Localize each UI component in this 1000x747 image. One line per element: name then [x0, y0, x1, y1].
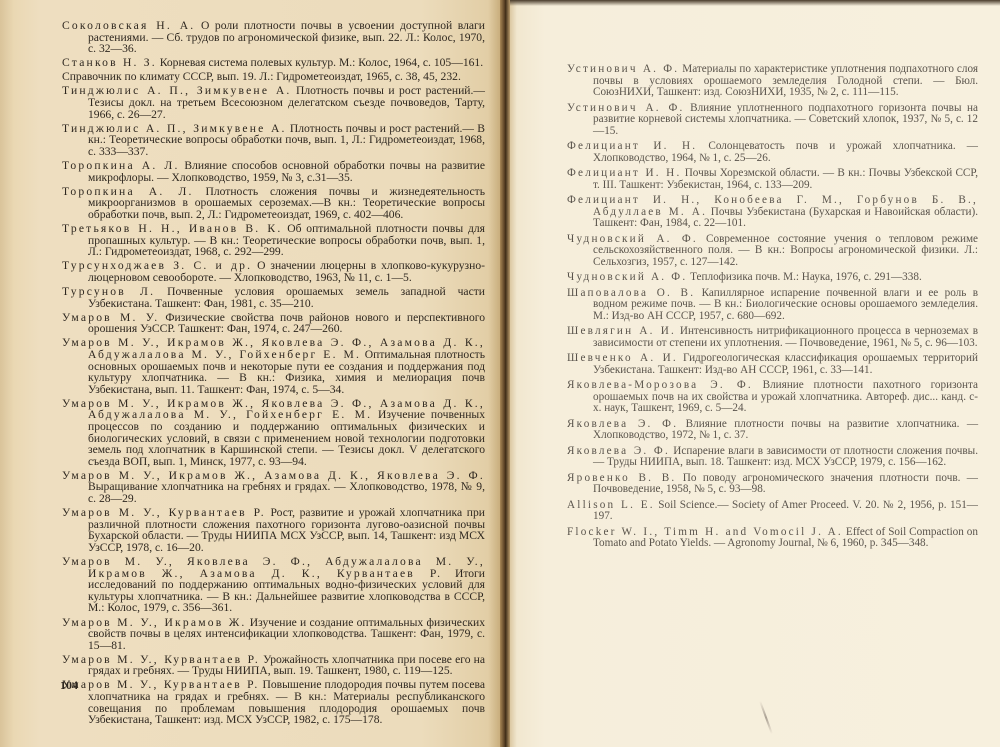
bibliography-entry: Турсунходжаев З. С. и др. О значении люц… [62, 260, 485, 283]
entry-author: Станков Н. З. [62, 56, 157, 69]
bibliography-entry: Умаров М. У. Физические свойства почв ра… [62, 312, 485, 335]
entry-text: Корневая система полевых культур. М.: Ко… [157, 56, 483, 69]
bibliography-entry: Фелициант И. Н., Конобеева Г. М., Горбун… [567, 195, 978, 230]
entry-author: Чудновский А. Ф. [567, 271, 687, 283]
book-spread: Соколовская Н. А. О роли плотности почвы… [0, 0, 1000, 747]
left-page: Соколовская Н. А. О роли плотности почвы… [0, 0, 505, 747]
bibliography-entry: Шевлягин А. И. Интенсивность нитрификаци… [567, 326, 978, 349]
bibliography-list-left: Соколовская Н. А. О роли плотности почвы… [62, 20, 485, 726]
book-spine [500, 0, 510, 747]
entry-author: Чудновский А. Ф. [567, 233, 698, 245]
bibliography-entry: Умаров М. У., Икрамов Ж., Азамова Д. К.,… [62, 470, 485, 505]
entry-author: Яковлева Э. Ф. [567, 418, 678, 430]
bibliography-entry: Шевченко А. И. Гидрогеологическая класси… [567, 353, 978, 376]
bibliography-entry: Торопкина А. Л. Влияние способов основно… [62, 160, 485, 183]
entry-author: Яровенко В. В. [567, 472, 676, 484]
bibliography-entry: Фелициант И. Н. Почвы Хорезмской области… [567, 168, 978, 191]
bibliography-entry: Яковлева Э. Ф. Испарение влаги в зависим… [567, 446, 978, 469]
bibliography-entry: Чудновский А. Ф. Теплофизика почв. М.: Н… [567, 272, 978, 284]
bibliography-entry: Торопкина А. Л. Плотность сложения почвы… [62, 186, 485, 221]
right-page: Устинович А. Ф. Материалы по характерист… [505, 0, 1000, 747]
bibliography-entry: Справочник по климату СССР, вып. 19. Л.:… [62, 71, 485, 83]
bibliography-list-right: Устинович А. Ф. Материалы по характерист… [567, 64, 978, 550]
bibliography-entry: Умаров М. У., Икрамов Ж., Яковлева Э. Ф.… [62, 337, 485, 395]
bibliography-entry: Устинович А. Ф. Материалы по характерист… [567, 64, 978, 99]
page-top-shadow [505, 0, 1000, 6]
entry-author: Фелициант И. Н. [567, 140, 697, 152]
bibliography-entry: Яровенко В. В. По поводу агрономического… [567, 473, 978, 496]
bibliography-entry: Тинджюлис А. П., Зимкувене А. Плотность … [62, 85, 485, 120]
entry-author: Шевченко А. И. [567, 352, 678, 364]
bibliography-entry: Умаров М. У., Икрамов Ж. Изучение и созд… [62, 617, 485, 652]
bibliography-entry: Умаров М. У., Курвантаев Р. Повышение пл… [62, 679, 485, 725]
bibliography-entry: Умаров М. У., Яковлева Э. Ф., Абдужалало… [62, 556, 485, 614]
entry-author: Allison L. E. [567, 499, 655, 511]
bibliography-entry: Соколовская Н. А. О роли плотности почвы… [62, 20, 485, 55]
entry-author: Яковлева-Морозова Э. Ф. [567, 379, 753, 391]
bibliography-entry: Яковлева Э. Ф. Влияние плотности почвы н… [567, 419, 978, 442]
entry-text: Теплофизика почв. М.: Наука, 1976, с. 29… [687, 271, 921, 283]
bibliography-entry: Умаров М. У., Курвантаев Р. Рост, развит… [62, 507, 485, 553]
entry-author: Яковлева Э. Ф. [567, 445, 670, 457]
bibliography-entry: Flocker W. I., Timm H. and Vomocil J. A.… [567, 527, 978, 550]
entry-author: Flocker W. I., Timm H. and Vomocil J. A. [567, 526, 843, 538]
entry-author: Устинович А. Ф. [567, 63, 679, 75]
bibliography-entry: Устинович А. Ф. Влияние уплотненного под… [567, 103, 978, 138]
bibliography-entry: Шаповалова О. В. Капиллярное испарение п… [567, 288, 978, 323]
bibliography-entry: Фелициант И. Н. Солонцеватость почв и ур… [567, 141, 978, 164]
bibliography-entry: Умаров М. У., Икрамов Ж., Яковлева Э. Ф.… [62, 398, 485, 468]
bibliography-entry: Третьяков Н. Н., Иванов В. К. Об оптимал… [62, 223, 485, 258]
bibliography-entry: Станков Н. З. Корневая система полевых к… [62, 57, 485, 69]
entry-text: Справочник по климату СССР, вып. 19. Л.:… [62, 70, 461, 83]
entry-author: Шевлягин А. И. [567, 325, 676, 337]
bibliography-entry: Allison L. E. Soil Science.— Society of … [567, 500, 978, 523]
bibliography-entry: Тинджюлис А. П., Зимкувене А. Плотность … [62, 123, 485, 158]
entry-author: Шаповалова О. В. [567, 287, 695, 299]
entry-author: Устинович А. Ф. [567, 102, 685, 114]
entry-author: Умаров М. У., Яковлева Э. Ф., Абдужалало… [62, 555, 485, 580]
bibliography-entry: Умаров М. У., Курвантаев Р. Урожайность … [62, 654, 485, 677]
entry-author: Фелициант И. Н. [567, 167, 681, 179]
bibliography-entry: Турсунов Л. Почвенные условия орошаемых … [62, 286, 485, 309]
page-number: 104 [60, 678, 78, 693]
bibliography-entry: Яковлева-Морозова Э. Ф. Влияние плотност… [567, 380, 978, 415]
bibliography-entry: Чудновский А. Ф. Современное состояние у… [567, 234, 978, 269]
entry-text: Выращивание хлопчатника на гребнях и гря… [88, 480, 485, 505]
